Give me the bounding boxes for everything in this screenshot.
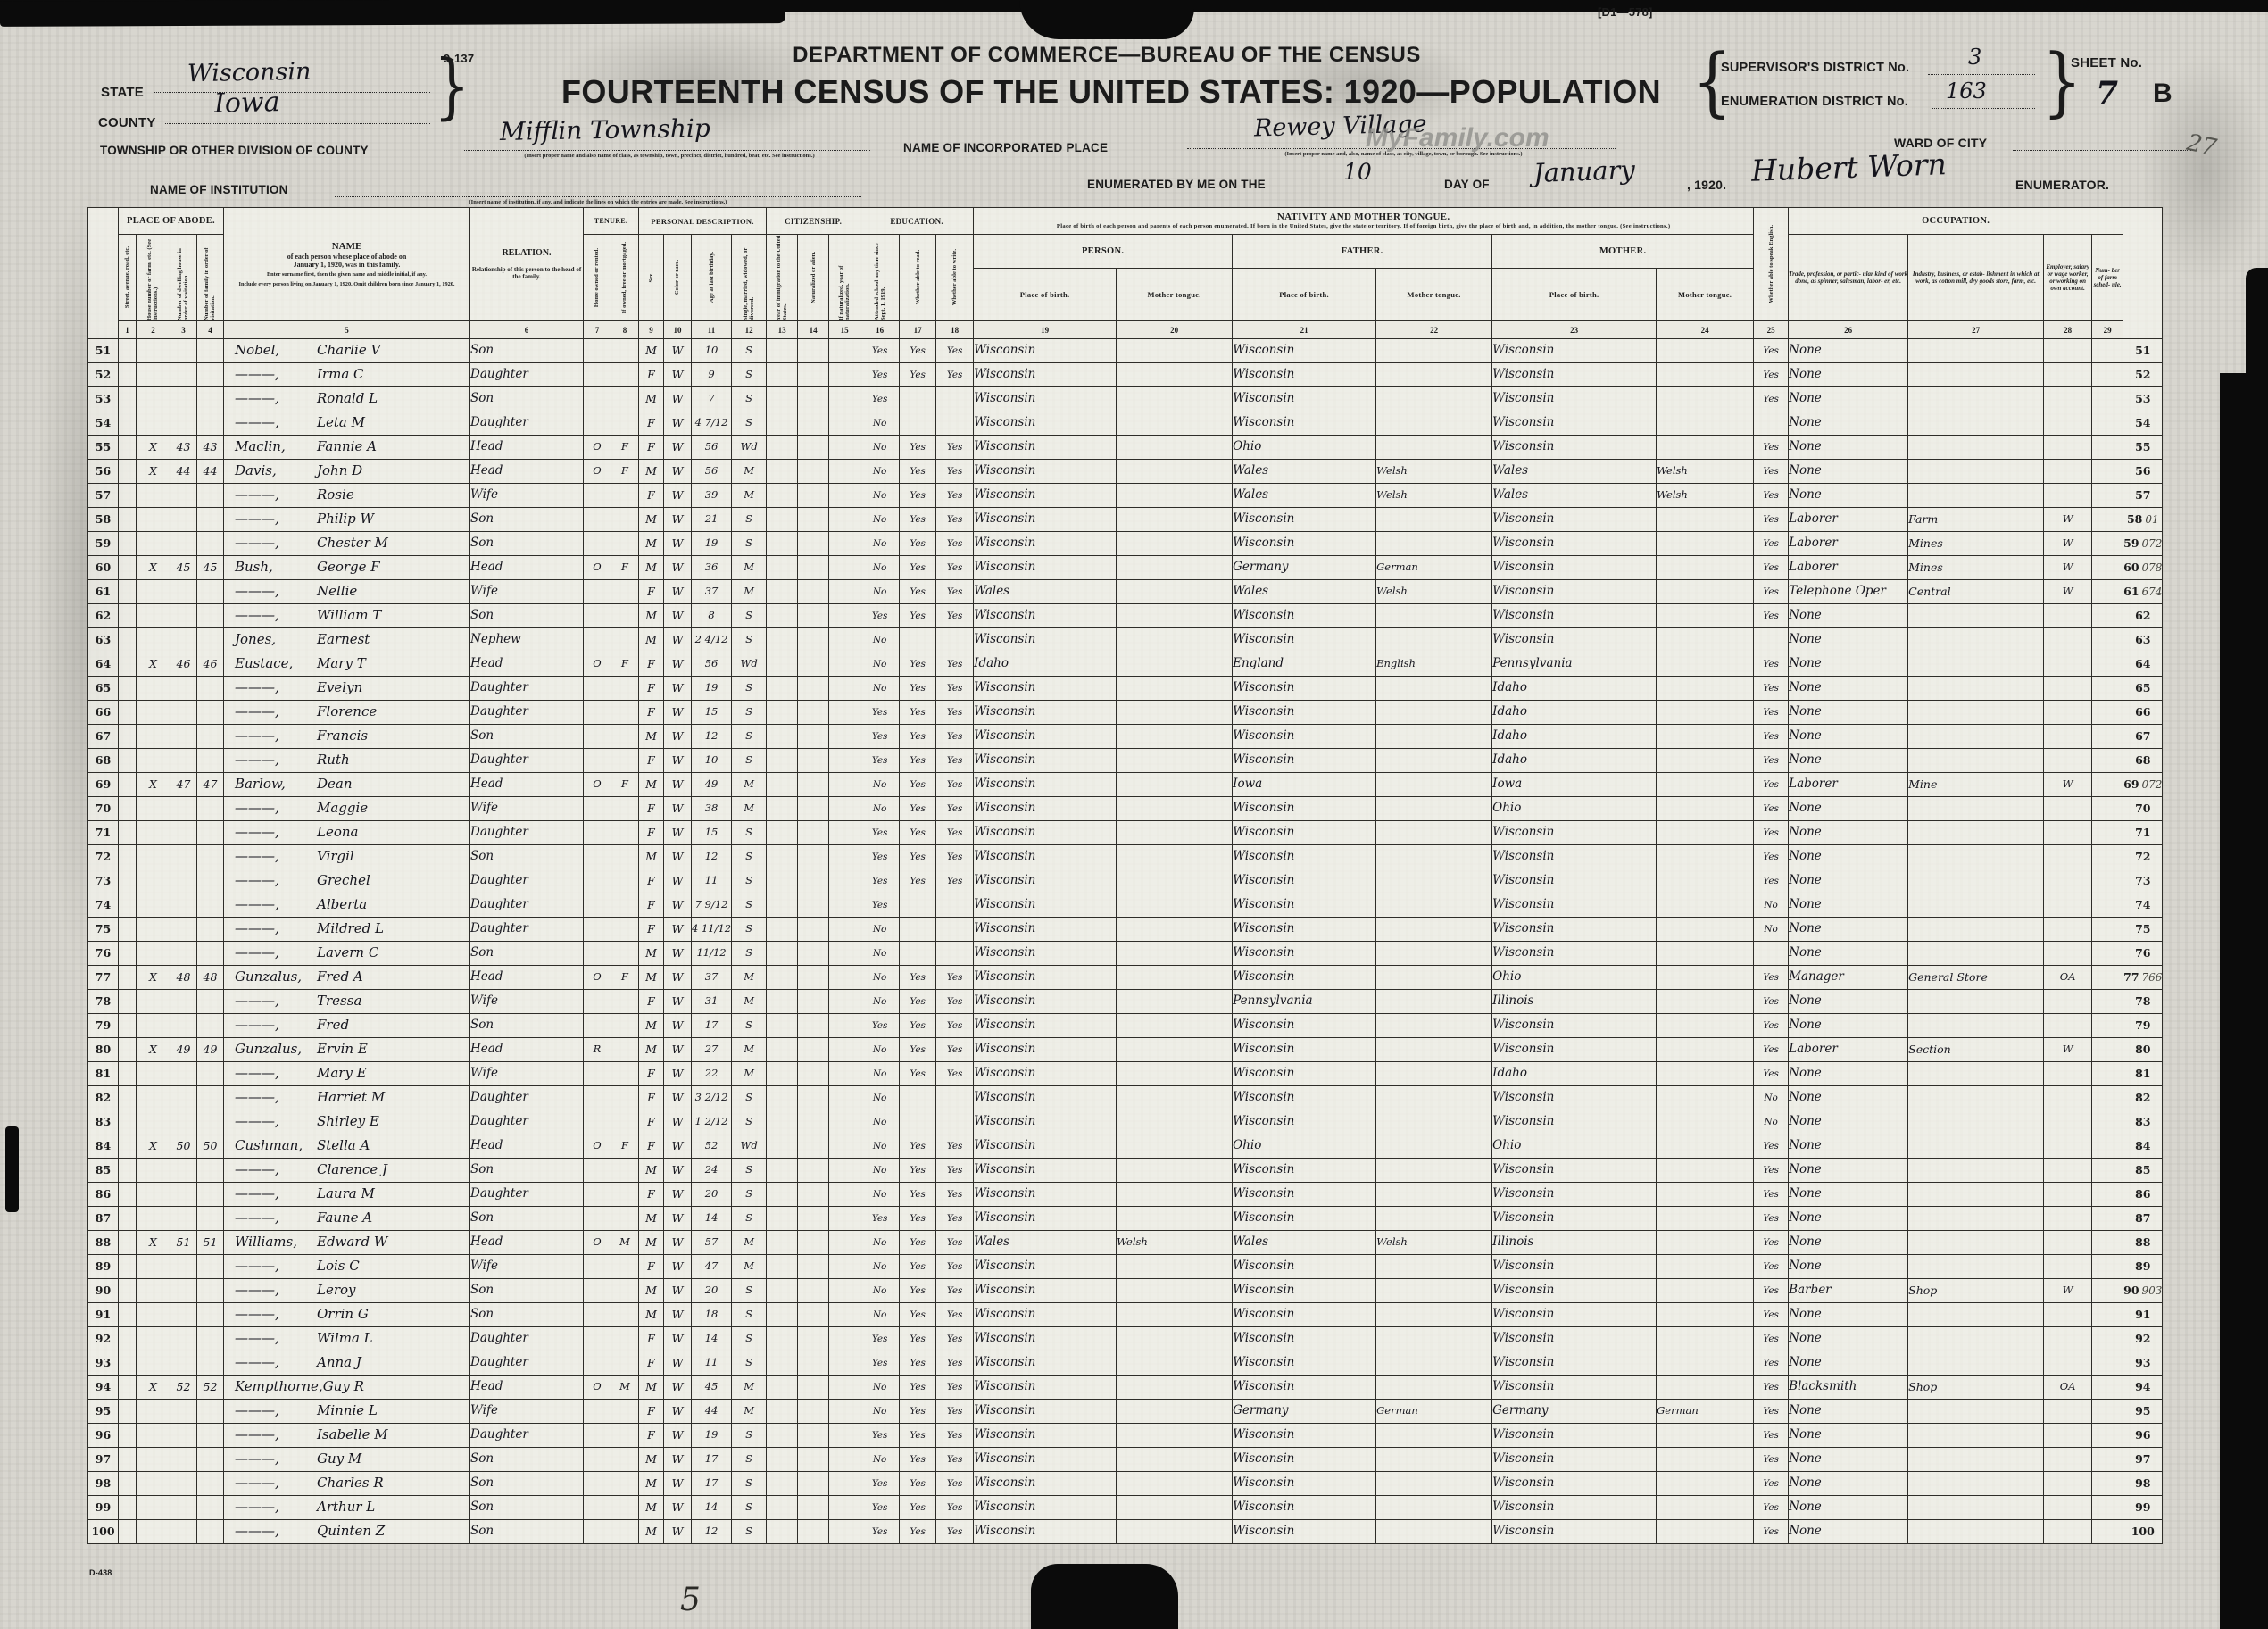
cell-house-number bbox=[137, 990, 170, 1014]
cell-race: W bbox=[664, 1062, 692, 1086]
cell-speaks-english: Yes bbox=[1754, 436, 1789, 460]
cell-farm-schedule bbox=[2092, 725, 2123, 749]
cell-race: W bbox=[664, 1255, 692, 1279]
cell-able-write: Yes bbox=[936, 1303, 974, 1327]
cell-person-birthplace: Wisconsin bbox=[974, 942, 1117, 966]
cell-race: W bbox=[664, 1376, 692, 1400]
line-number-right: 85 bbox=[2123, 1159, 2163, 1183]
cell-mother-birthplace: Illinois bbox=[1492, 990, 1657, 1014]
cell-name: ———,Ruth bbox=[224, 749, 470, 773]
cell-sex: F bbox=[639, 990, 664, 1014]
cell-marital: M bbox=[732, 1255, 767, 1279]
cell-speaks-english: Yes bbox=[1754, 1159, 1789, 1183]
cell-mother-birthplace: Germany bbox=[1492, 1400, 1657, 1424]
cell-dwelling-number: 46 bbox=[170, 652, 197, 677]
cell-father-birthplace: Wisconsin bbox=[1233, 749, 1376, 773]
cell-race: W bbox=[664, 1134, 692, 1159]
cell-able-read: Yes bbox=[900, 725, 936, 749]
cell-marital: S bbox=[732, 1086, 767, 1110]
cell-house-number bbox=[137, 532, 170, 556]
cell-mother-birthplace: Wisconsin bbox=[1492, 845, 1657, 869]
cell-able-read: Yes bbox=[900, 966, 936, 990]
cell-age: 27 bbox=[692, 1038, 732, 1062]
column-number-5: 5 bbox=[224, 321, 470, 339]
cell-industry bbox=[1908, 1448, 2044, 1472]
cell-farm-schedule bbox=[2092, 1303, 2123, 1327]
column-number-9: 9 bbox=[639, 321, 664, 339]
cell-home-owned: O bbox=[584, 652, 611, 677]
cell-street bbox=[119, 1207, 137, 1231]
column-number-16: 16 bbox=[860, 321, 900, 339]
cell-mother-tongue: German bbox=[1657, 1400, 1754, 1424]
line-number-left: 90 bbox=[88, 1279, 119, 1303]
cell-person-tongue bbox=[1117, 1207, 1233, 1231]
cell-farm-schedule bbox=[2092, 508, 2123, 532]
cell-free-mortgaged bbox=[611, 508, 639, 532]
cell-dwelling-number bbox=[170, 604, 197, 628]
cell-marital: S bbox=[732, 1472, 767, 1496]
cell-speaks-english: Yes bbox=[1754, 556, 1789, 580]
cell-age: 11/12 bbox=[692, 942, 732, 966]
cell-free-mortgaged bbox=[611, 1472, 639, 1496]
cell-sex: M bbox=[639, 1448, 664, 1472]
cell-person-tongue bbox=[1117, 749, 1233, 773]
cell-mother-birthplace: Wisconsin bbox=[1492, 387, 1657, 411]
cell-home-owned bbox=[584, 339, 611, 363]
cell-farm-schedule bbox=[2092, 556, 2123, 580]
cell-age: 7 bbox=[692, 387, 732, 411]
cell-father-tongue: German bbox=[1376, 556, 1492, 580]
cell-person-tongue bbox=[1117, 701, 1233, 725]
cell-mother-birthplace: Wisconsin bbox=[1492, 942, 1657, 966]
cell-father-birthplace: Wisconsin bbox=[1233, 1014, 1376, 1038]
sheet-side: B bbox=[2153, 79, 2172, 109]
cell-industry bbox=[1908, 604, 2044, 628]
cell-person-birthplace: Wisconsin bbox=[974, 532, 1117, 556]
line-number-right: 54 bbox=[2123, 411, 2163, 436]
cell-home-owned: O bbox=[584, 436, 611, 460]
cell-industry bbox=[1908, 1255, 2044, 1279]
cell-house-number bbox=[137, 1086, 170, 1110]
cell-name: Cushman,Stella A bbox=[224, 1134, 470, 1159]
cell-naturalization-year bbox=[829, 845, 860, 869]
cell-industry bbox=[1908, 918, 2044, 942]
group-occupation: OCCUPATION. bbox=[1789, 208, 2123, 235]
cell-sex: F bbox=[639, 1134, 664, 1159]
cell-able-write: Yes bbox=[936, 1062, 974, 1086]
cell-race: W bbox=[664, 604, 692, 628]
cell-father-birthplace: England bbox=[1233, 652, 1376, 677]
cell-free-mortgaged bbox=[611, 1183, 639, 1207]
cell-sex: M bbox=[639, 339, 664, 363]
cell-relation: Head bbox=[470, 1376, 584, 1400]
cell-street bbox=[119, 1327, 137, 1351]
column-number-22: 22 bbox=[1376, 321, 1492, 339]
cell-family-number bbox=[197, 532, 224, 556]
cell-immigration-year bbox=[767, 821, 798, 845]
cell-employment-class bbox=[2044, 1400, 2092, 1424]
cell-speaks-english: Yes bbox=[1754, 339, 1789, 363]
cell-employment-class bbox=[2044, 1062, 2092, 1086]
line-number-left: 84 bbox=[88, 1134, 119, 1159]
cell-street bbox=[119, 604, 137, 628]
cell-employment-class: OA bbox=[2044, 966, 2092, 990]
cell-naturalized bbox=[798, 604, 829, 628]
line-number-left: 68 bbox=[88, 749, 119, 773]
cell-age: 10 bbox=[692, 749, 732, 773]
cell-mother-birthplace: Wisconsin bbox=[1492, 1038, 1657, 1062]
cell-naturalized bbox=[798, 1351, 829, 1376]
cell-occupation: None bbox=[1789, 411, 1908, 436]
cell-mother-birthplace: Illinois bbox=[1492, 1231, 1657, 1255]
cell-naturalized bbox=[798, 628, 829, 652]
cell-age: 56 bbox=[692, 460, 732, 484]
cell-attended-school: No bbox=[860, 773, 900, 797]
cell-free-mortgaged bbox=[611, 604, 639, 628]
cell-free-mortgaged bbox=[611, 821, 639, 845]
district-close-brace: } bbox=[2042, 37, 2082, 125]
cell-home-owned bbox=[584, 1496, 611, 1520]
cell-dwelling-number bbox=[170, 701, 197, 725]
cell-naturalization-year bbox=[829, 677, 860, 701]
cell-mother-tongue bbox=[1657, 797, 1754, 821]
cell-employment-class: W bbox=[2044, 773, 2092, 797]
cell-street bbox=[119, 1279, 137, 1303]
institution-label: NAME OF INSTITUTION bbox=[150, 183, 288, 196]
cell-family-number bbox=[197, 628, 224, 652]
table-row: 80X4949Gunzalus,Ervin EHeadRMW27MNoYesYe… bbox=[88, 1038, 2163, 1062]
cell-home-owned: O bbox=[584, 1376, 611, 1400]
cell-house-number bbox=[137, 484, 170, 508]
cell-marital: S bbox=[732, 677, 767, 701]
cell-age: 20 bbox=[692, 1279, 732, 1303]
cell-race: W bbox=[664, 411, 692, 436]
cell-employment-class bbox=[2044, 436, 2092, 460]
cell-free-mortgaged bbox=[611, 363, 639, 387]
cell-race: W bbox=[664, 845, 692, 869]
cell-able-write: Yes bbox=[936, 1472, 974, 1496]
cell-father-birthplace: Wisconsin bbox=[1233, 1376, 1376, 1400]
line-number-left: 64 bbox=[88, 652, 119, 677]
cell-mother-tongue bbox=[1657, 411, 1754, 436]
cell-dwelling-number bbox=[170, 1448, 197, 1472]
cell-race: W bbox=[664, 1207, 692, 1231]
table-row: 92———,Wilma LDaughterFW14SYesYesYesWisco… bbox=[88, 1327, 2163, 1351]
cell-father-birthplace: Wisconsin bbox=[1233, 411, 1376, 436]
cell-father-tongue bbox=[1376, 821, 1492, 845]
cell-farm-schedule bbox=[2092, 1062, 2123, 1086]
cell-dwelling-number bbox=[170, 918, 197, 942]
cell-father-tongue bbox=[1376, 1086, 1492, 1110]
cell-marital: S bbox=[732, 1014, 767, 1038]
cell-street bbox=[119, 1400, 137, 1424]
cell-person-tongue bbox=[1117, 363, 1233, 387]
table-row: 65———,EvelynDaughterFW19SNoYesYesWiscons… bbox=[88, 677, 2163, 701]
cell-naturalization-year bbox=[829, 701, 860, 725]
cell-father-tongue bbox=[1376, 773, 1492, 797]
cell-industry bbox=[1908, 677, 2044, 701]
cell-father-birthplace: Wales bbox=[1233, 460, 1376, 484]
cell-home-owned bbox=[584, 893, 611, 918]
cell-mother-tongue bbox=[1657, 893, 1754, 918]
cell-free-mortgaged bbox=[611, 1400, 639, 1424]
cell-employment-class: W bbox=[2044, 556, 2092, 580]
cell-race: W bbox=[664, 773, 692, 797]
cell-father-tongue bbox=[1376, 1303, 1492, 1327]
cell-person-tongue bbox=[1117, 1400, 1233, 1424]
cell-relation: Head bbox=[470, 966, 584, 990]
cell-mother-tongue bbox=[1657, 1086, 1754, 1110]
cell-home-owned bbox=[584, 1183, 611, 1207]
cell-street bbox=[119, 990, 137, 1014]
state-label: STATE bbox=[101, 85, 144, 100]
cell-race: W bbox=[664, 387, 692, 411]
cell-employment-class bbox=[2044, 1014, 2092, 1038]
cell-able-read bbox=[900, 411, 936, 436]
enumeration-district-label: ENUMERATION DISTRICT No. bbox=[1721, 95, 1908, 109]
cell-name: ———,Faune A bbox=[224, 1207, 470, 1231]
cell-immigration-year bbox=[767, 363, 798, 387]
cell-father-birthplace: Wisconsin bbox=[1233, 1351, 1376, 1376]
cell-free-mortgaged bbox=[611, 990, 639, 1014]
cell-naturalized bbox=[798, 1424, 829, 1448]
cell-family-number bbox=[197, 1086, 224, 1110]
scan-artifact-right-band bbox=[2220, 373, 2268, 1629]
cell-mother-birthplace: Iowa bbox=[1492, 773, 1657, 797]
cell-marital: S bbox=[732, 1448, 767, 1472]
cell-able-write bbox=[936, 411, 974, 436]
cell-dwelling-number bbox=[170, 580, 197, 604]
cell-sex: F bbox=[639, 1183, 664, 1207]
cell-naturalization-year bbox=[829, 1207, 860, 1231]
cell-able-write: Yes bbox=[936, 652, 974, 677]
cell-person-birthplace: Wisconsin bbox=[974, 1376, 1117, 1400]
cell-age: 15 bbox=[692, 701, 732, 725]
cell-farm-schedule bbox=[2092, 339, 2123, 363]
cell-sex: M bbox=[639, 1231, 664, 1255]
cell-free-mortgaged bbox=[611, 1279, 639, 1303]
cell-race: W bbox=[664, 918, 692, 942]
table-row: 64X4646Eustace,Mary THeadOFFW56WdNoYesYe… bbox=[88, 652, 2163, 677]
cell-able-write: Yes bbox=[936, 1520, 974, 1544]
cell-person-tongue bbox=[1117, 797, 1233, 821]
cell-father-tongue bbox=[1376, 918, 1492, 942]
cell-sex: M bbox=[639, 628, 664, 652]
cell-occupation: None bbox=[1789, 869, 1908, 893]
cell-home-owned bbox=[584, 604, 611, 628]
column-header-17: Whether able to read. bbox=[900, 235, 936, 321]
cell-race: W bbox=[664, 1303, 692, 1327]
cell-person-birthplace: Idaho bbox=[974, 652, 1117, 677]
cell-name: ———,Mildred L bbox=[224, 918, 470, 942]
cell-person-birthplace: Wisconsin bbox=[974, 1351, 1117, 1376]
cell-father-birthplace: Germany bbox=[1233, 556, 1376, 580]
cell-father-birthplace: Wisconsin bbox=[1233, 725, 1376, 749]
cell-race: W bbox=[664, 990, 692, 1014]
cell-able-write: Yes bbox=[936, 990, 974, 1014]
cell-farm-schedule bbox=[2092, 1110, 2123, 1134]
cell-occupation: Barber bbox=[1789, 1279, 1908, 1303]
cell-person-birthplace: Wisconsin bbox=[974, 845, 1117, 869]
cell-mother-tongue bbox=[1657, 1159, 1754, 1183]
cell-family-number bbox=[197, 701, 224, 725]
cell-farm-schedule bbox=[2092, 411, 2123, 436]
cell-dwelling-number bbox=[170, 1110, 197, 1134]
cell-industry bbox=[1908, 1351, 2044, 1376]
cell-able-write bbox=[936, 628, 974, 652]
cell-naturalization-year bbox=[829, 1496, 860, 1520]
state-county-brace: } bbox=[434, 46, 470, 129]
cell-naturalized bbox=[798, 1086, 829, 1110]
cell-marital: S bbox=[732, 363, 767, 387]
cell-mother-birthplace: Wisconsin bbox=[1492, 1448, 1657, 1472]
cell-farm-schedule bbox=[2092, 1448, 2123, 1472]
cell-name: ———,Isabelle M bbox=[224, 1424, 470, 1448]
cell-family-number: 46 bbox=[197, 652, 224, 677]
cell-name: Gunzalus,Ervin E bbox=[224, 1038, 470, 1062]
cell-occupation: None bbox=[1789, 1110, 1908, 1134]
cell-mother-tongue bbox=[1657, 1424, 1754, 1448]
line-number-right: 53 bbox=[2123, 387, 2163, 411]
cell-race: W bbox=[664, 677, 692, 701]
cell-person-birthplace: Wisconsin bbox=[974, 677, 1117, 701]
cell-mother-tongue bbox=[1657, 677, 1754, 701]
cell-employment-class bbox=[2044, 387, 2092, 411]
table-row: 87———,Faune ASonMW14SYesYesYesWisconsinW… bbox=[88, 1207, 2163, 1231]
cell-family-number: 50 bbox=[197, 1134, 224, 1159]
cell-mother-tongue bbox=[1657, 966, 1754, 990]
line-number-right: 5801 bbox=[2123, 508, 2163, 532]
cell-attended-school: Yes bbox=[860, 1327, 900, 1351]
cell-relation: Daughter bbox=[470, 918, 584, 942]
cell-attended-school: No bbox=[860, 1255, 900, 1279]
cell-dwelling-number bbox=[170, 1520, 197, 1544]
cell-naturalized bbox=[798, 580, 829, 604]
cell-father-tongue bbox=[1376, 436, 1492, 460]
cell-naturalized bbox=[798, 1062, 829, 1086]
cell-marital: S bbox=[732, 1327, 767, 1351]
cell-industry: Mines bbox=[1908, 532, 2044, 556]
cell-father-birthplace: Wisconsin bbox=[1233, 628, 1376, 652]
cell-family-number bbox=[197, 411, 224, 436]
cell-able-write: Yes bbox=[936, 436, 974, 460]
ward-of-city-line bbox=[2013, 125, 2191, 151]
cell-race: W bbox=[664, 1520, 692, 1544]
cell-industry bbox=[1908, 1496, 2044, 1520]
cell-free-mortgaged bbox=[611, 411, 639, 436]
cell-father-tongue bbox=[1376, 1279, 1492, 1303]
cell-occupation: None bbox=[1789, 1472, 1908, 1496]
cell-name: ———,Arthur L bbox=[224, 1496, 470, 1520]
cell-race: W bbox=[664, 869, 692, 893]
cell-speaks-english bbox=[1754, 942, 1789, 966]
cell-name: ———,Maggie bbox=[224, 797, 470, 821]
cell-mother-birthplace: Wisconsin bbox=[1492, 1351, 1657, 1376]
cell-industry bbox=[1908, 484, 2044, 508]
cell-marital: Wd bbox=[732, 436, 767, 460]
cell-employment-class bbox=[2044, 1159, 2092, 1183]
cell-naturalized bbox=[798, 990, 829, 1014]
cell-marital: M bbox=[732, 1231, 767, 1255]
cell-occupation: Laborer bbox=[1789, 532, 1908, 556]
cell-able-write: Yes bbox=[936, 821, 974, 845]
cell-occupation: None bbox=[1789, 1255, 1908, 1279]
cell-naturalized bbox=[798, 797, 829, 821]
enumerated-day-value: 10 bbox=[1343, 159, 1372, 185]
line-number-left: 76 bbox=[88, 942, 119, 966]
cell-street bbox=[119, 869, 137, 893]
table-row: 79———,FredSonMW17SYesYesYesWisconsinWisc… bbox=[88, 1014, 2163, 1038]
cell-house-number bbox=[137, 749, 170, 773]
cell-occupation: None bbox=[1789, 604, 1908, 628]
cell-sex: M bbox=[639, 845, 664, 869]
cell-relation: Son bbox=[470, 942, 584, 966]
cell-mother-tongue bbox=[1657, 1472, 1754, 1496]
cell-person-birthplace: Wisconsin bbox=[974, 411, 1117, 436]
cell-attended-school: Yes bbox=[860, 845, 900, 869]
line-number-left: 69 bbox=[88, 773, 119, 797]
column-number-20: 20 bbox=[1117, 321, 1233, 339]
line-number-right: 94 bbox=[2123, 1376, 2163, 1400]
cell-father-tongue bbox=[1376, 508, 1492, 532]
cell-naturalized bbox=[798, 387, 829, 411]
table-row: 84X5050Cushman,Stella AHeadOFFW52WdNoYes… bbox=[88, 1134, 2163, 1159]
cell-family-number bbox=[197, 387, 224, 411]
cell-able-write: Yes bbox=[936, 1255, 974, 1279]
line-number-left: 99 bbox=[88, 1496, 119, 1520]
line-number-left: 95 bbox=[88, 1400, 119, 1424]
cell-able-read bbox=[900, 628, 936, 652]
cell-family-number bbox=[197, 749, 224, 773]
cell-immigration-year bbox=[767, 1014, 798, 1038]
cell-naturalization-year bbox=[829, 652, 860, 677]
cell-naturalized bbox=[798, 1448, 829, 1472]
cell-able-read bbox=[900, 942, 936, 966]
cell-able-write: Yes bbox=[936, 1496, 974, 1520]
cell-farm-schedule bbox=[2092, 1400, 2123, 1424]
cell-able-write: Yes bbox=[936, 1351, 974, 1376]
cell-dwelling-number bbox=[170, 749, 197, 773]
cell-employment-class bbox=[2044, 1183, 2092, 1207]
cell-speaks-english: Yes bbox=[1754, 387, 1789, 411]
cell-father-tongue bbox=[1376, 677, 1492, 701]
table-row: 85———,Clarence JSonMW24SNoYesYesWisconsi… bbox=[88, 1159, 2163, 1183]
cell-person-birthplace: Wisconsin bbox=[974, 339, 1117, 363]
cell-person-birthplace: Wisconsin bbox=[974, 797, 1117, 821]
cell-dwelling-number bbox=[170, 363, 197, 387]
table-row: 69X4747Barlow,DeanHeadOFMW49MNoYesYesWis… bbox=[88, 773, 2163, 797]
cell-street bbox=[119, 460, 137, 484]
cell-able-read: Yes bbox=[900, 484, 936, 508]
cell-father-tongue: Welsh bbox=[1376, 484, 1492, 508]
cell-person-tongue bbox=[1117, 1038, 1233, 1062]
cell-mother-tongue bbox=[1657, 339, 1754, 363]
cell-immigration-year bbox=[767, 1134, 798, 1159]
column-header-19: Place of birth. bbox=[974, 268, 1117, 320]
cell-farm-schedule bbox=[2092, 918, 2123, 942]
cell-naturalized bbox=[798, 339, 829, 363]
cell-occupation: None bbox=[1789, 1231, 1908, 1255]
cell-street bbox=[119, 508, 137, 532]
cell-free-mortgaged bbox=[611, 1255, 639, 1279]
cell-father-birthplace: Wisconsin bbox=[1233, 869, 1376, 893]
cell-dwelling-number bbox=[170, 1279, 197, 1303]
cell-able-write bbox=[936, 918, 974, 942]
table-row: 95———,Minnie LWifeFW44MNoYesYesWisconsin… bbox=[88, 1400, 2163, 1424]
cell-father-tongue bbox=[1376, 869, 1492, 893]
group-place-of-abode: PLACE OF ABODE. bbox=[119, 208, 224, 235]
cell-immigration-year bbox=[767, 1472, 798, 1496]
